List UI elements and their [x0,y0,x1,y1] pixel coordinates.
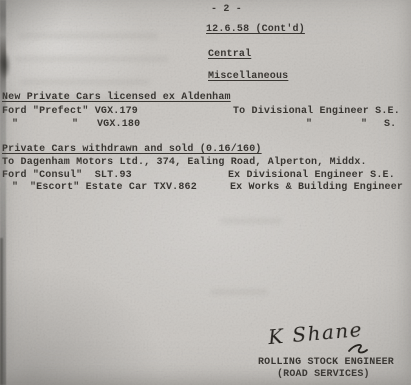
date-heading: 12.6.58 (Cont'd) [206,24,305,36]
scanned-document-page: - 2 - 12.6.58 (Cont'd) Central Miscellan… [0,0,411,385]
bleed-through-smudge [18,33,158,39]
section-heading-withdrawn: Private Cars withdrawn and sold (0.16/16… [2,144,262,156]
vehicle-entry: "Escort" Estate Car TXV.862 [30,182,197,194]
ditto-mark: " [306,119,312,131]
section-heading-licensed: New Private Cars licensed ex Aldenham [2,92,231,104]
signer-department: (ROAD SERVICES) [277,369,370,381]
ditto-mark: " [12,119,18,131]
ditto-mark: " [12,182,18,194]
vehicle-entry: VGX.180 [97,119,140,131]
ditto-mark: " [361,119,367,131]
ink-smudge [0,50,11,80]
bleed-through-smudge [210,289,268,295]
signer-title: ROLLING STOCK ENGINEER [258,357,394,369]
buyer-address: To Dagenham Motors Ltd., 374, Ealing Roa… [2,157,367,169]
scan-edge-line [0,238,3,385]
signature-flourish [346,341,372,357]
vehicle-entry: Ford "Prefect" VGX.179 [2,106,138,118]
assignment-entry: S. [384,119,396,131]
page-number: - 2 - [211,4,242,16]
signature: K Shane [267,317,364,349]
bleed-through-smudge [220,218,282,224]
assignment-entry: Ex Divisional Engineer S.E. [228,170,395,182]
assignment-entry: To Divisional Engineer S.E. [233,106,400,118]
ditto-mark: " [72,119,78,131]
category-heading: Miscellaneous [208,71,288,83]
vehicle-entry: Ford "Consul" SLT.93 [2,170,132,182]
bleed-through-smudge [20,79,150,85]
assignment-entry: Ex Works & Building Engineer [230,182,403,194]
scan-edge-shadow [0,0,6,385]
region-heading: Central [208,49,251,61]
bleed-through-smudge [14,56,169,62]
